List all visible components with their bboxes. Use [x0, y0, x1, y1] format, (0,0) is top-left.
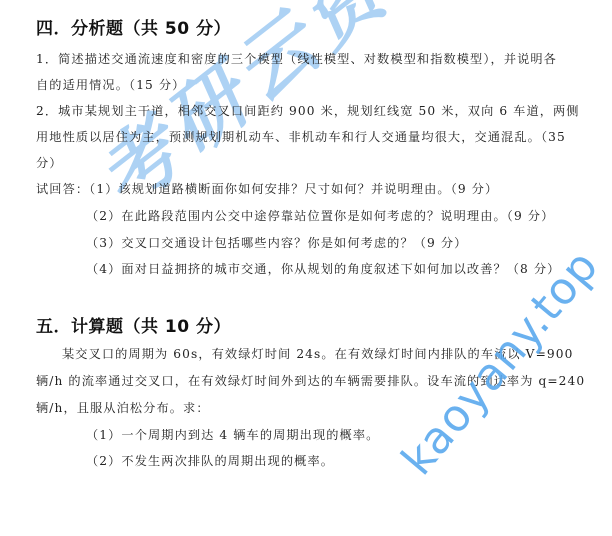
question-2-line-3: 分） — [36, 154, 63, 171]
question-2-line-2: 用地性质以居住为主，预测规划期机动车、非机动车和行人交通量均很大，交通混乱。（3… — [36, 128, 566, 145]
problem-line-3: 辆/h，且服从泊松分布。求： — [36, 399, 210, 416]
question-2-sub-4: （4）面对日益拥挤的城市交通，你从规划的角度叙述下如何加以改善？（8 分） — [86, 260, 560, 277]
question-2-sub-2: （2）在此路段范围内公交中途停靠站位置你是如何考虑的？说明理由。（9 分） — [86, 207, 554, 224]
question-2-line-1: 2．城市某规划主干道，相邻交叉口间距约 900 米，规划红线宽 50 米，双向 … — [36, 102, 580, 119]
question-1-line-2: 自的适用情况。（15 分） — [36, 76, 185, 93]
document-page: 考研云资料 四．分析题（共 50 分） 1．简述描述交通流速度和密度的三个模型（… — [0, 0, 612, 536]
problem-sub-2: （2）不发生两次排队的周期出现的概率。 — [86, 452, 334, 469]
question-1-line-1: 1．简述描述交通流速度和密度的三个模型（线性模型、对数模型和指数模型），并说明各 — [36, 50, 557, 67]
problem-sub-1: （1）一个周期内到达 4 辆车的周期出现的概率。 — [86, 426, 379, 443]
question-2-sub-3: （3）交叉口交通设计包括哪些内容？你是如何考虑的？（9 分） — [86, 234, 467, 251]
section-4-heading: 四．分析题（共 50 分） — [36, 14, 231, 39]
question-2-sub-1: 试回答：（1）该规划道路横断面你如何安排？尺寸如何？并说明理由。（9 分） — [36, 180, 498, 197]
section-5-heading: 五．计算题（共 10 分） — [36, 312, 231, 337]
